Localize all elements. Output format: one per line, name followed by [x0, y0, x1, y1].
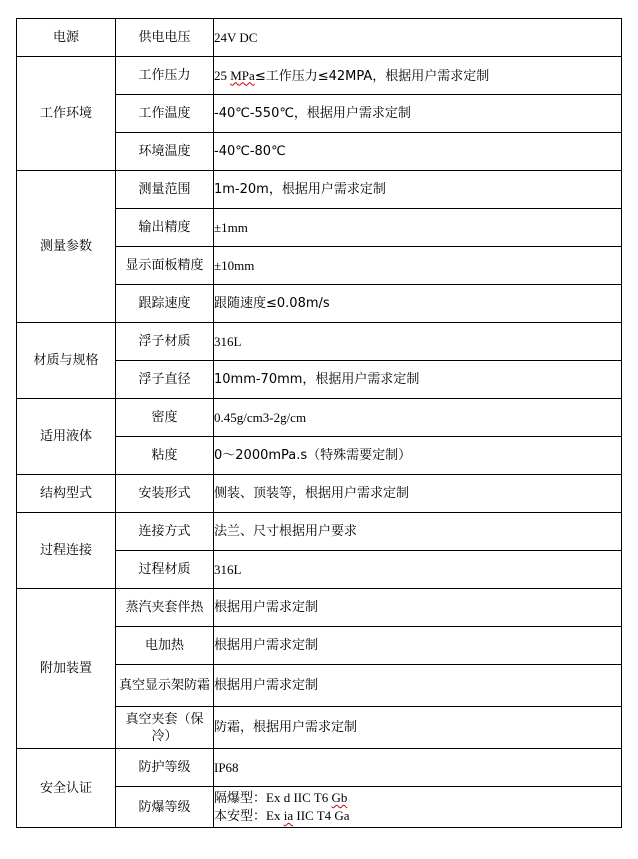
- item-cell: 电加热: [116, 627, 214, 665]
- item-cell: 粘度: [116, 437, 214, 475]
- item-cell: 蒸汽夹套伴热: [116, 589, 214, 627]
- value-text: ≤工作压力≤42MPA，根据用户需求定制: [255, 69, 489, 84]
- table-row: 安全认证 防护等级 IP68: [17, 749, 622, 787]
- category-cell: 适用液体: [17, 399, 116, 475]
- item-cell: 真空显示架防霜: [116, 665, 214, 707]
- value-text: IIC T4 Ga: [293, 808, 349, 823]
- table-row: 过程连接 连接方式 法兰、尺寸根据用户要求: [17, 513, 622, 551]
- item-cell: 测量范围: [116, 171, 214, 209]
- spellcheck-flagged-text: MPa: [230, 68, 255, 83]
- table-row: 测量参数 测量范围 1m-20m，根据用户需求定制: [17, 171, 622, 209]
- item-cell: 防护等级: [116, 749, 214, 787]
- intrinsic-safety-line: 本安型：Ex ia IIC T4 Ga: [214, 807, 621, 825]
- item-cell: 真空夹套（保冷）: [116, 707, 214, 749]
- value-cell: 根据用户需求定制: [214, 589, 622, 627]
- category-cell: 电源: [17, 19, 116, 57]
- value-cell: IP68: [214, 749, 622, 787]
- table-row: 工作环境 工作压力 25 MPa≤工作压力≤42MPA，根据用户需求定制: [17, 57, 622, 95]
- item-cell: 显示面板精度: [116, 247, 214, 285]
- category-cell: 附加装置: [17, 589, 116, 749]
- value-cell: 10mm-70mm，根据用户需求定制: [214, 361, 622, 399]
- value-cell: 防霜，根据用户需求定制: [214, 707, 622, 749]
- table-row: 附加装置 蒸汽夹套伴热 根据用户需求定制: [17, 589, 622, 627]
- value-cell: 0～2000mPa.s（特殊需要定制）: [214, 437, 622, 475]
- item-cell: 密度: [116, 399, 214, 437]
- item-cell: 连接方式: [116, 513, 214, 551]
- value-prefix: 隔爆型：: [214, 791, 266, 806]
- value-text: 25: [214, 68, 230, 83]
- value-prefix: 本安型：: [214, 809, 266, 824]
- item-cell: 安装形式: [116, 475, 214, 513]
- table-row: 适用液体 密度 0.45g/cm3-2g/cm: [17, 399, 622, 437]
- value-cell: -40℃-550℃，根据用户需求定制: [214, 95, 622, 133]
- value-cell: 0.45g/cm3-2g/cm: [214, 399, 622, 437]
- value-cell: 1m-20m，根据用户需求定制: [214, 171, 622, 209]
- value-cell: 法兰、尺寸根据用户要求: [214, 513, 622, 551]
- spellcheck-flagged-text: Gb: [332, 790, 348, 805]
- category-cell: 测量参数: [17, 171, 116, 323]
- value-cell: 侧装、顶装等，根据用户需求定制: [214, 475, 622, 513]
- item-cell: 浮子材质: [116, 323, 214, 361]
- table-row: 结构型式 安装形式 侧装、顶装等，根据用户需求定制: [17, 475, 622, 513]
- item-cell: 环境温度: [116, 133, 214, 171]
- value-cell: 根据用户需求定制: [214, 665, 622, 707]
- value-cell: 316L: [214, 323, 622, 361]
- item-cell: 供电电压: [116, 19, 214, 57]
- item-cell: 浮子直径: [116, 361, 214, 399]
- category-cell: 过程连接: [17, 513, 116, 589]
- category-cell: 工作环境: [17, 57, 116, 171]
- value-cell: 跟随速度≤0.08m/s: [214, 285, 622, 323]
- item-cell: 工作温度: [116, 95, 214, 133]
- table-row: 材质与规格 浮子材质 316L: [17, 323, 622, 361]
- item-cell: 工作压力: [116, 57, 214, 95]
- value-cell: 25 MPa≤工作压力≤42MPA，根据用户需求定制: [214, 57, 622, 95]
- value-cell: 24V DC: [214, 19, 622, 57]
- spec-table: 电源 供电电压 24V DC 工作环境 工作压力 25 MPa≤工作压力≤42M…: [16, 18, 622, 828]
- category-cell: 材质与规格: [17, 323, 116, 399]
- value-cell: 根据用户需求定制: [214, 627, 622, 665]
- value-cell: ±10mm: [214, 247, 622, 285]
- value-cell: ±1mm: [214, 209, 622, 247]
- value-cell: 隔爆型：Ex d IIC T6 Gb 本安型：Ex ia IIC T4 Ga: [214, 787, 622, 828]
- value-text: Ex d IIC T6: [266, 790, 331, 805]
- item-cell: 输出精度: [116, 209, 214, 247]
- item-cell: 防爆等级: [116, 787, 214, 828]
- item-cell: 跟踪速度: [116, 285, 214, 323]
- explosion-proof-line: 隔爆型：Ex d IIC T6 Gb: [214, 789, 621, 807]
- value-cell: 316L: [214, 551, 622, 589]
- spellcheck-flagged-text: ia: [284, 808, 293, 823]
- value-cell: -40℃-80℃: [214, 133, 622, 171]
- category-cell: 安全认证: [17, 749, 116, 828]
- category-cell: 结构型式: [17, 475, 116, 513]
- item-cell: 过程材质: [116, 551, 214, 589]
- table-row: 电源 供电电压 24V DC: [17, 19, 622, 57]
- value-text: Ex: [266, 808, 284, 823]
